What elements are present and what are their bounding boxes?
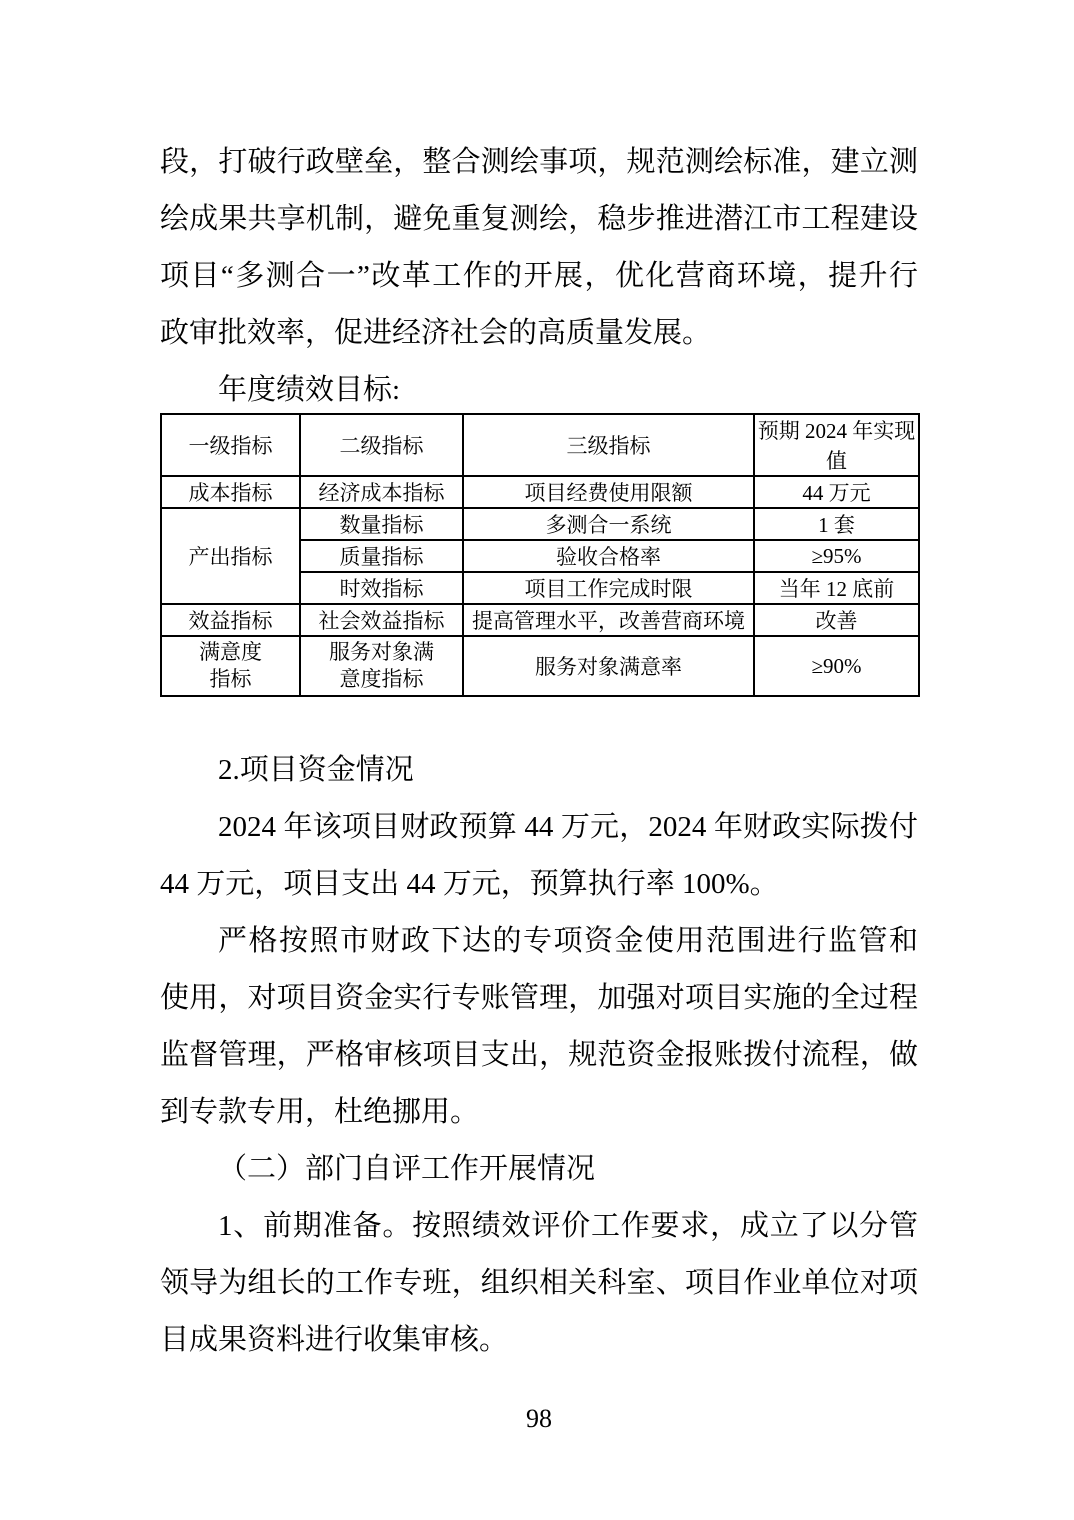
paragraph-line: 使用，对项目资金实行专账管理，加强对项目实施的全过程 (160, 970, 918, 1027)
section-b-heading: （二）部门自评工作开展情况 (160, 1141, 918, 1198)
table-cell: 服务对象满 意度指标 (300, 636, 463, 696)
paragraph-line: 到专款专用，杜绝挪用。 (160, 1084, 918, 1141)
paragraph-reform: 段，打破行政壁垒，整合测绘事项，规范测绘标准，建立测 绘成果共享机制，避免重复测… (160, 134, 918, 362)
table-cell: 当年 12 底前 (754, 572, 919, 604)
header-level3: 三级指标 (463, 414, 754, 476)
table-cell: 多测合一系统 (463, 508, 754, 540)
table-row-cost: 成本指标 经济成本指标 项目经费使用限额 44 万元 (161, 476, 919, 508)
table-cell: 社会效益指标 (300, 604, 463, 636)
paragraph-line: 1、前期准备。按照绩效评价工作要求，成立了以分管 (160, 1198, 918, 1255)
table-cell: 1 套 (754, 508, 919, 540)
paragraph-line: 严格按照市财政下达的专项资金使用范围进行监管和 (160, 913, 918, 970)
header-expected-value: 预期 2024 年实现值 (754, 414, 919, 476)
page-content: 段，打破行政壁垒，整合测绘事项，规范测绘标准，建立测 绘成果共享机制，避免重复测… (160, 134, 918, 1439)
paragraph-line: 领导为组长的工作专班，组织相关科室、项目作业单位对项 (160, 1255, 918, 1312)
section-2-heading: 2.项目资金情况 (160, 742, 918, 799)
page-number: 98 (160, 1399, 918, 1439)
table-row-satisfaction: 满意度 指标 服务对象满 意度指标 服务对象满意率 ≥90% (161, 636, 919, 696)
table-cell: 满意度 指标 (161, 636, 300, 696)
table-cell: ≥95% (754, 540, 919, 572)
table-cell: 项目经费使用限额 (463, 476, 754, 508)
paragraph-line: 2024 年该项目财政预算 44 万元，2024 年财政实际拨付 (160, 799, 918, 856)
table-cell: 44 万元 (754, 476, 919, 508)
table-cell: 成本指标 (161, 476, 300, 508)
table-cell: 时效指标 (300, 572, 463, 604)
table-header-row: 一级指标 二级指标 三级指标 预期 2024 年实现值 (161, 414, 919, 476)
section-project-funds: 2.项目资金情况 2024 年该项目财政预算 44 万元，2024 年财政实际拨… (160, 742, 918, 1369)
table-cell: 验收合格率 (463, 540, 754, 572)
paragraph-line: 项目“多测合一”改革工作的开展，优化营商环境，提升行 (160, 248, 918, 305)
table-cell: 质量指标 (300, 540, 463, 572)
table-cell: 项目工作完成时限 (463, 572, 754, 604)
header-level2: 二级指标 (300, 414, 463, 476)
paragraph-line: 段，打破行政壁垒，整合测绘事项，规范测绘标准，建立测 (160, 134, 918, 191)
paragraph-line: 目成果资料进行收集审核。 (160, 1312, 918, 1369)
header-level1: 一级指标 (161, 414, 300, 476)
performance-indicators-table: 一级指标 二级指标 三级指标 预期 2024 年实现值 成本指标 经济成本指标 … (160, 413, 920, 697)
table-cell-output-span: 产出指标 (161, 508, 300, 604)
table-cell: 提高管理水平，改善营商环境 (463, 604, 754, 636)
table-cell: ≥90% (754, 636, 919, 696)
paragraph-line: 44 万元，项目支出 44 万元，预算执行率 100%。 (160, 856, 918, 913)
table-cell: 效益指标 (161, 604, 300, 636)
table-row-quantity: 产出指标 数量指标 多测合一系统 1 套 (161, 508, 919, 540)
paragraph-line: 绘成果共享机制，避免重复测绘，稳步推进潜江市工程建设 (160, 191, 918, 248)
table-cell: 改善 (754, 604, 919, 636)
paragraph-line: 监督管理，严格审核项目支出，规范资金报账拨付流程，做 (160, 1027, 918, 1084)
table-cell: 服务对象满意率 (463, 636, 754, 696)
table-cell: 经济成本指标 (300, 476, 463, 508)
document-page: 段，打破行政壁垒，整合测绘事项，规范测绘标准，建立测 绘成果共享机制，避免重复测… (0, 0, 1074, 1520)
table-cell: 数量指标 (300, 508, 463, 540)
paragraph-line: 政审批效率，促进经济社会的高质量发展。 (160, 305, 918, 362)
table-row-benefit: 效益指标 社会效益指标 提高管理水平，改善营商环境 改善 (161, 604, 919, 636)
annual-target-heading: 年度绩效目标: (160, 362, 918, 419)
